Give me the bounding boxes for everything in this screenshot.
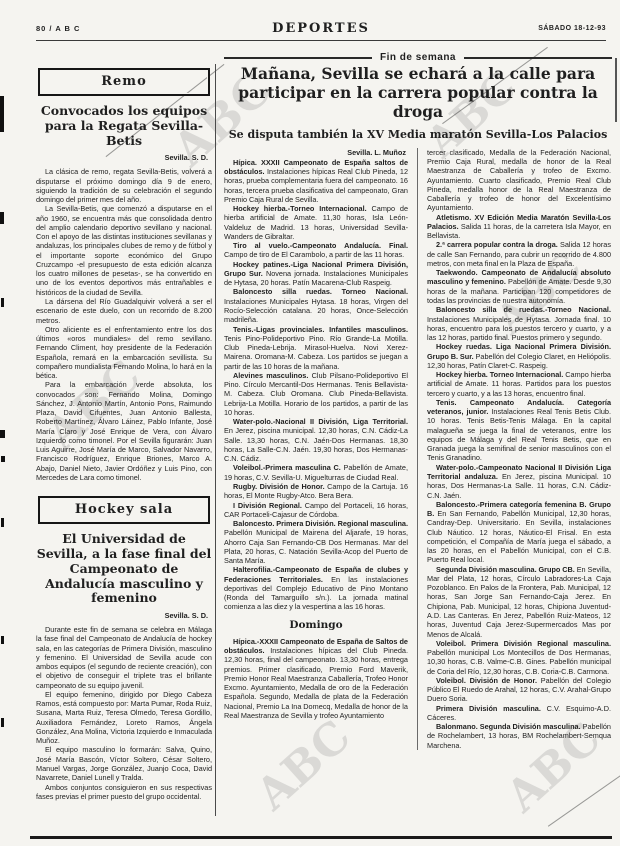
article-paragraph: Durante este fin de semana se celebra en… [36, 625, 212, 690]
event-details: Tenis Pino-Polideportivo Pino. Río Grand… [224, 334, 408, 371]
event-sport-label: Water-polo.-Nacional II División, Liga T… [233, 417, 408, 426]
kicker-remo: Remo [38, 68, 210, 96]
event-item: Hockey hierba. Torneo Internacional. Cam… [427, 370, 611, 398]
event-details: En Jerez, piscina municipal. 12,30 horas… [224, 426, 408, 463]
event-item: Halterofilia.-Campeonato de España de cl… [224, 565, 408, 611]
feature-column-2: tercer clasificado, Medalla de la Federa… [417, 148, 611, 750]
event-sport-label: Baloncesto silla de ruedas.-Torneo Nacio… [436, 305, 611, 314]
rule-line [224, 57, 372, 59]
event-item: Hípica.-XXXII Campeonato de España de Sa… [224, 637, 408, 720]
bottom-rule [30, 836, 612, 839]
article-paragraph: La dársena del Río Guadalquivir volverá … [36, 297, 212, 325]
article-headline: Convocados los equipos para la Regata Se… [36, 104, 212, 148]
event-item: Voleibol. División de Honor. Pabellón de… [427, 676, 611, 704]
scan-edge-mark [1, 456, 5, 462]
event-item: Baloncesto. Primera División. Regional m… [224, 519, 408, 565]
event-details: En Sevilla, Mar del Plata, 12 horas, Cír… [427, 565, 611, 639]
saturday-agenda: Hípica. XXXII Campeonato de España salto… [224, 158, 408, 612]
event-sport-label: Balonmano. Segunda División masculina. [436, 722, 581, 731]
event-item: I División Regional. Campo del Portaceli… [224, 501, 408, 520]
feature-headline: Mañana, Sevilla se echará a la calle par… [224, 65, 612, 122]
event-item: Atletismo. XV Edición Media Maratón Sevi… [427, 213, 611, 241]
article-byline: Sevilla. S. D. [36, 611, 208, 620]
event-sport-label: Voleibol. Primera División Regional masc… [436, 639, 611, 648]
page-date: SÁBADO 18-12-93 [538, 25, 606, 32]
event-item: Taekwondo. Campeonato de Andalucía absol… [427, 268, 611, 305]
article-headline: El Universidad de Sevilla, a la fase fin… [36, 532, 212, 606]
scan-edge-mark [1, 298, 4, 307]
feature-overline: Fin de semana [224, 52, 612, 63]
scan-edge-mark [615, 58, 617, 122]
event-item: Baloncesto silla ruedas. Torneo Nacional… [224, 287, 408, 324]
event-item: Hípica. XXXII Campeonato de España salto… [224, 158, 408, 204]
kicker-hockey-sala: Hockey sala [38, 496, 210, 524]
feature-byline: Sevilla. L. Muñoz [224, 148, 406, 157]
event-sport-label: Baloncesto. Primera División. Regional m… [233, 519, 408, 528]
article-body: La clásica de remo, regata Sevilla-Betis… [36, 167, 212, 482]
event-details: Instalaciones Real Tenis Betis Club. 10 … [427, 407, 611, 462]
event-sport-label: Primera División masculina. [436, 704, 541, 713]
event-sport-label: I División Regional. [233, 501, 302, 510]
article-remo: Remo Convocados los equipos para la Rega… [36, 68, 212, 482]
article-paragraph: El equipo femenino, dirigido por Diego C… [36, 690, 212, 746]
article-paragraph: La clásica de remo, regata Sevilla-Betis… [36, 167, 212, 204]
article-byline: Sevilla. S. D. [36, 153, 208, 162]
scan-edge-mark [0, 212, 4, 224]
feature-columns: Sevilla. L. Muñoz Hípica. XXXII Campeona… [224, 148, 612, 750]
event-details: Pabellón municipal Los Montecillos de Do… [427, 648, 611, 676]
sunday-agenda-continued: Atletismo. XV Edición Media Maratón Sevi… [427, 213, 611, 750]
event-item: Tenis. Campeonato Andalucía. Categoría v… [427, 398, 611, 463]
event-details: Campo de tiro de El Carambolo, a partir … [224, 250, 404, 259]
column-divider [215, 64, 216, 816]
scan-edge-mark [1, 636, 4, 644]
sunday-agenda: Hípica.-XXXII Campeonato de España de Sa… [224, 637, 408, 720]
event-item: 2.ª carrera popular contra la droga. Sal… [427, 240, 611, 268]
event-sport-label: Segunda División masculina. Grupo CB. [436, 565, 575, 574]
event-details: Pabellón Municipal de Mairena del Aljara… [224, 528, 408, 565]
event-details: Instalaciones hípicas del Club Pineda. 1… [224, 646, 408, 720]
event-details: Instalaciones Municipales Hytasa. 18 hor… [224, 297, 408, 325]
newspaper-page: ABC ABC ABC ABC ABC ABC 80 / A B C DEPOR… [0, 0, 620, 846]
event-item: Voleibol. Primera División Regional masc… [427, 639, 611, 676]
event-sport-label: Hockey hierba.-Torneo Internacional. [233, 204, 367, 213]
event-details: Instalaciones Municipales de Hytasa. Jor… [427, 315, 611, 343]
event-item: Baloncesto silla de ruedas.-Torneo Nacio… [427, 305, 611, 342]
overline-label: Fin de semana [380, 52, 456, 63]
event-item: Hockey hierba.-Torneo Internacional. Cam… [224, 204, 408, 241]
rule-line [464, 57, 612, 59]
event-item: Alevines masculinos. Club Pilsano-Polide… [224, 371, 408, 417]
page-header: 80 / A B C DEPORTES SÁBADO 18-12-93 [36, 24, 606, 41]
scan-edge-mark [1, 718, 4, 727]
article-paragraph: Para la embarcación verde absoluta, los … [36, 380, 212, 482]
event-item: Rugby. División de Honor. Campo de la Ca… [224, 482, 408, 501]
event-continuation: tercer clasificado, Medalla de la Federa… [427, 148, 611, 213]
section-title: DEPORTES [36, 21, 606, 36]
event-sport-label: Voleibol. División de Honor. [436, 676, 537, 685]
scan-edge-mark [0, 430, 5, 438]
event-sport-label: Tiro al vuelo.-Campeonato Andalucía. Fin… [233, 241, 408, 250]
event-sport-label: Hockey hierba. Torneo Internacional. [436, 370, 563, 379]
event-item: Hockey ruedas. Liga Nacional Primera Div… [427, 342, 611, 370]
sunday-heading: Domingo [224, 619, 408, 631]
event-item: Baloncesto.-Primera categoría femenina B… [427, 500, 611, 565]
event-sport-label: Tenis.-Ligas provinciales. Infantiles ma… [233, 325, 408, 334]
event-sport-label: Alevines masculinos. [233, 371, 308, 380]
feature-subhead: Se disputa también la XV Media maratón S… [224, 128, 612, 141]
event-sport-label: Baloncesto silla ruedas. Torneo Nacional… [233, 287, 408, 296]
event-item: Segunda División masculina. Grupo CB. En… [427, 565, 611, 639]
event-item: Water-polo.-Campeonato Nacional II Divis… [427, 463, 611, 500]
event-item: Tiro al vuelo.-Campeonato Andalucía. Fin… [224, 241, 408, 260]
event-item: Water-polo.-Nacional II División, Liga T… [224, 417, 408, 463]
event-details: En San Fernando, Pabellón Municipal, 12,… [427, 509, 611, 564]
event-item: Voleibol.-Primera masculina C. Pabellón … [224, 463, 408, 482]
event-sport-label: Rugby. División de Honor. [233, 482, 325, 491]
article-paragraph: La Sevilla-Betis, que comenzó a disputar… [36, 204, 212, 297]
feature-column-1: Sevilla. L. Muñoz Hípica. XXXII Campeona… [224, 148, 417, 750]
article-paragraph: El equipo masculino lo formarán: Salva, … [36, 745, 212, 782]
event-item: Hockey patines.-Liga Nacional Primera Di… [224, 260, 408, 288]
article-hockey-sala: Hockey sala El Universidad de Sevilla, a… [36, 496, 212, 801]
event-item: Tenis.-Ligas provinciales. Infantiles ma… [224, 325, 408, 371]
article-body: Durante este fin de semana se celebra en… [36, 625, 212, 801]
article-paragraph: Otro aliciente es el enfrentamiento entr… [36, 325, 212, 381]
scan-edge-mark [0, 96, 4, 132]
scan-scratch [548, 774, 620, 826]
article-paragraph: Ambos conjuntos consiguieron en sus resp… [36, 783, 212, 802]
left-column: Remo Convocados los equipos para la Rega… [36, 64, 212, 801]
event-item: Balonmano. Segunda División masculina. P… [427, 722, 611, 750]
scan-edge-mark [1, 518, 4, 527]
event-sport-label: 2.ª carrera popular contra la droga. [436, 240, 558, 249]
event-sport-label: Voleibol.-Primera masculina C. [233, 463, 341, 472]
weekend-feature: Fin de semana Mañana, Sevilla se echará … [224, 52, 612, 750]
event-item: Primera División masculina. C.V. Esquimo… [427, 704, 611, 723]
